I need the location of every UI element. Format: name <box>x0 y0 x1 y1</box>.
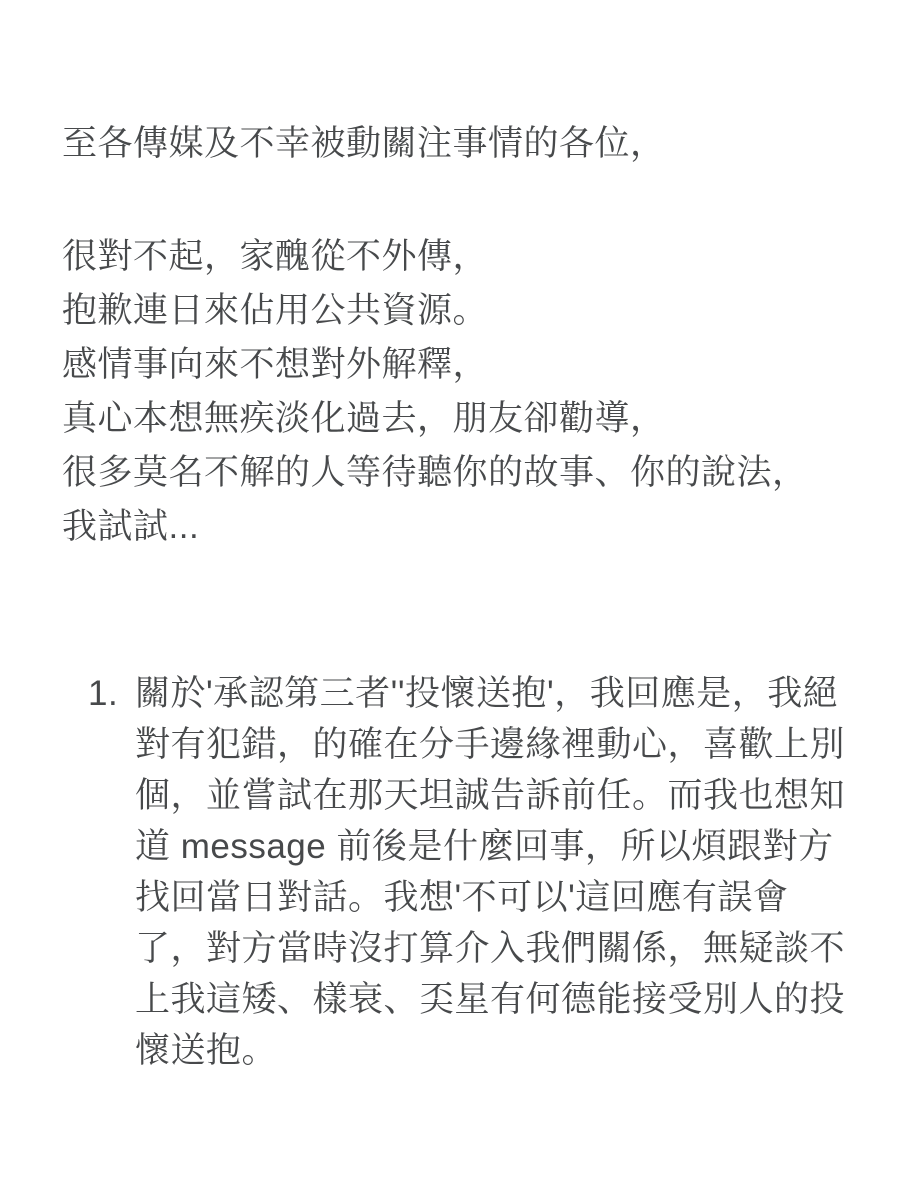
intro-line: 真心本想無疾淡化過去，朋友卻勸導， <box>62 392 808 446</box>
item-body: 關於'承認第三者''投懷送抱'，我回應是，我絕 對有犯錯，的確在分手邊緣裡動心，… <box>135 668 845 1076</box>
item-line: 了，對方當時沒打算介入我們關係，無疑談不 <box>135 923 845 974</box>
intro-line: 感情事向來不想對外解釋， <box>62 338 808 392</box>
item-line: 道 message 前後是什麼回事，所以煩跟對方 <box>135 821 845 872</box>
item-line: 關於'承認第三者''投懷送抱'，我回應是，我絕 <box>135 668 845 719</box>
item-line: 上我這矮、樣衰、奀星有何德能接受別人的投 <box>135 974 845 1025</box>
intro-line: 很對不起，家醜從不外傳， <box>62 230 808 284</box>
item-line: 找回當日對話。我想'不可以'這回應有誤會 <box>135 872 845 923</box>
item-line: 對有犯錯，的確在分手邊緣裡動心，喜歡上別 <box>135 719 845 770</box>
item-line: 個，並嘗試在那天坦誠告訴前任。而我也想知 <box>135 770 845 821</box>
intro-line: 很多莫名不解的人等待聽你的故事、你的說法， <box>62 446 808 500</box>
item-line: 懷送抱。 <box>135 1025 845 1076</box>
item-number: 1. <box>88 668 118 719</box>
statement-letter-page: 至各傳媒及不幸被動關注事情的各位， 很對不起，家醜從不外傳， 抱歉連日來佔用公共… <box>0 0 912 1200</box>
intro-line: 我試試... <box>62 500 808 554</box>
intro-line: 抱歉連日來佔用公共資源。 <box>62 284 808 338</box>
salutation-line: 至各傳媒及不幸被動關注事情的各位， <box>62 117 666 171</box>
intro-paragraph: 很對不起，家醜從不外傳， 抱歉連日來佔用公共資源。 感情事向來不想對外解釋， 真… <box>62 230 808 554</box>
